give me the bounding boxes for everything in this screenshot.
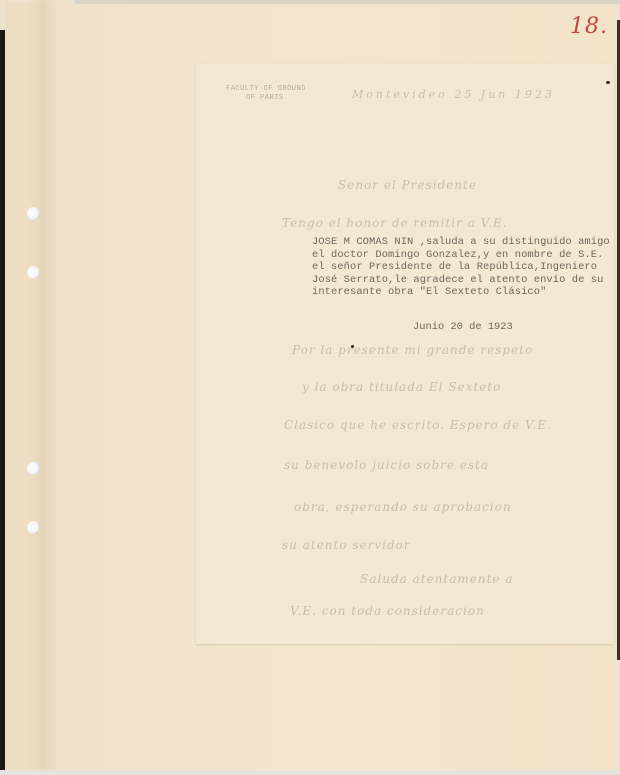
handwritten-line: V.E. con toda consideracion	[290, 604, 485, 618]
punch-hole-icon	[27, 266, 40, 279]
fold-shadow	[28, 0, 58, 770]
handwritten-line: Clasico que he escrito. Espero de V.E.	[284, 418, 552, 432]
handwritten-line: y la obra titulada El Sexteto	[302, 380, 501, 394]
handwritten-line: obra, esperando su aprobacion	[294, 500, 512, 514]
handwritten-salutation: Senor el Presidente	[338, 178, 477, 192]
handwritten-line: su atento servidor	[282, 538, 411, 552]
handwritten-line: Tengo el honor de remitir a V.E.	[282, 216, 508, 230]
punch-hole-icon	[27, 462, 40, 475]
scan-border-bottom	[0, 770, 620, 775]
letterhead-line: FACULTY OF GROUND	[226, 85, 306, 94]
page-number: 18.	[570, 14, 608, 39]
ink-speck	[606, 81, 610, 84]
handwritten-line: su benevolo juicio sobre esta	[284, 458, 489, 472]
typed-note-date: Junio 20 de 1923	[413, 321, 513, 333]
handwritten-date-line: Montevideo 25 Jun 1923	[352, 88, 555, 101]
letterhead-line: OF PARIS	[226, 94, 306, 103]
punch-hole-icon	[27, 521, 40, 534]
ink-speck	[351, 345, 354, 348]
letterhead: FACULTY OF GROUND OF PARIS	[226, 85, 306, 103]
handwritten-line: Saluda atentamente a	[360, 572, 513, 586]
punch-hole-icon	[27, 207, 40, 220]
typed-note-text: JOSE M COMAS NIN ,saluda a su distinguid…	[312, 236, 612, 299]
scan-border-left	[0, 30, 5, 770]
document-scan: 18. FACULTY OF GROUND OF PARIS Montevide…	[0, 0, 620, 775]
handwritten-line: Por la presente mi grande respeto	[292, 343, 533, 357]
typed-note: JOSE M COMAS NIN ,saluda a su distinguid…	[312, 236, 612, 299]
scan-border-top	[75, 0, 620, 4]
